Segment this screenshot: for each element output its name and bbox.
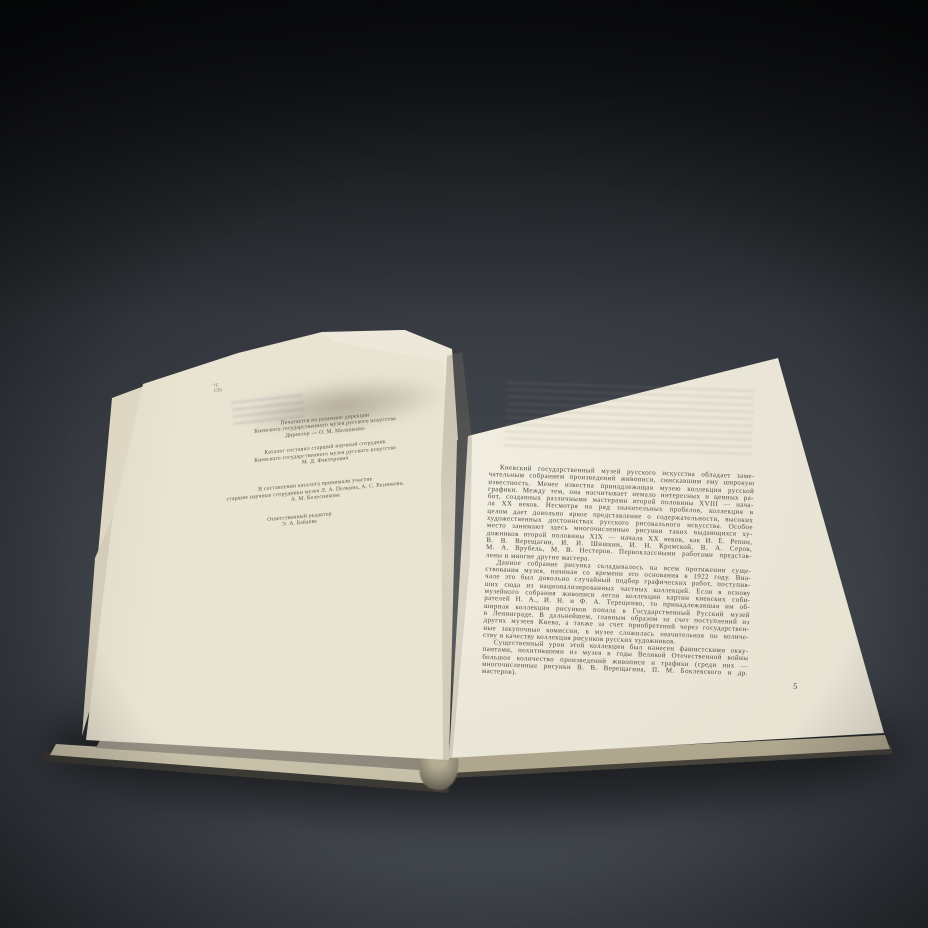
right-page-body-text: Киевский государственный музей русского … (482, 464, 755, 685)
library-code: 7С С59 (213, 382, 222, 393)
left-page-imprint: Печатается по решению дирекцииКиевского … (208, 406, 442, 535)
text-block: Данное собрание рисунка складывалось на … (483, 559, 752, 649)
photo-canvas: 7С С59 Печатается по решению дирекцииКие… (0, 0, 928, 928)
page-number: 5 (793, 681, 798, 691)
library-code-line: С59 (214, 387, 223, 393)
text-block: Киевский государственный музей русского … (486, 464, 755, 568)
